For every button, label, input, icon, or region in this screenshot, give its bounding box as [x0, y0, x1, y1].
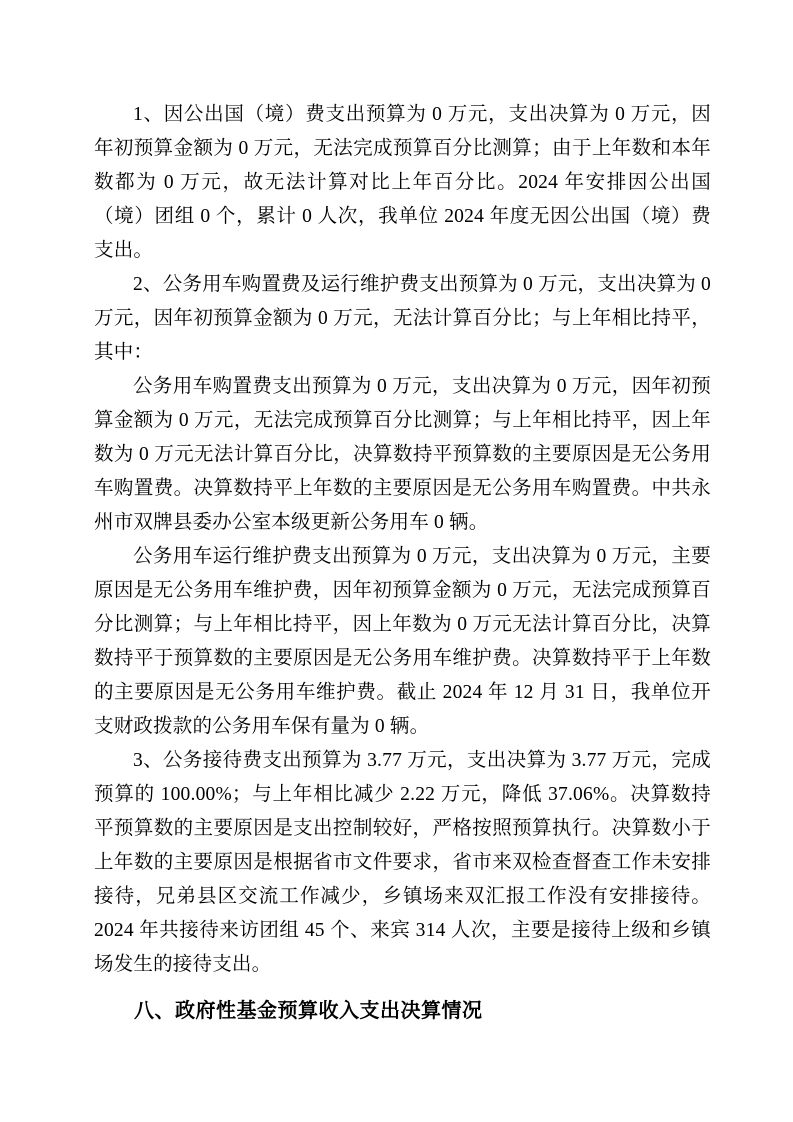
section-heading-government-fund-budget: 八、政府性基金预算收入支出决算情况	[94, 994, 711, 1028]
paragraph-vehicle-purchase-and-maintenance-summary: 2、公务用车购置费及运行维护费支出预算为 0 万元，支出决算为 0 万元，因年初…	[94, 268, 711, 370]
paragraph-vehicle-maintenance-expense: 公务用车运行维护费支出预算为 0 万元，支出决算为 0 万元，主要原因是无公务用…	[94, 540, 711, 744]
document-page: 1、因公出国（境）费支出预算为 0 万元，支出决算为 0 万元，因年初预算金额为…	[0, 0, 793, 1122]
paragraph-vehicle-purchase-expense: 公务用车购置费支出预算为 0 万元，支出决算为 0 万元，因年初预算金额为 0 …	[94, 370, 711, 540]
paragraph-official-reception-expense: 3、公务接待费支出预算为 3.77 万元，支出决算为 3.77 万元，完成预算的…	[94, 744, 711, 982]
paragraph-overseas-travel-expense: 1、因公出国（境）费支出预算为 0 万元，支出决算为 0 万元，因年初预算金额为…	[94, 98, 711, 268]
document-body: 1、因公出国（境）费支出预算为 0 万元，支出决算为 0 万元，因年初预算金额为…	[94, 98, 711, 1028]
